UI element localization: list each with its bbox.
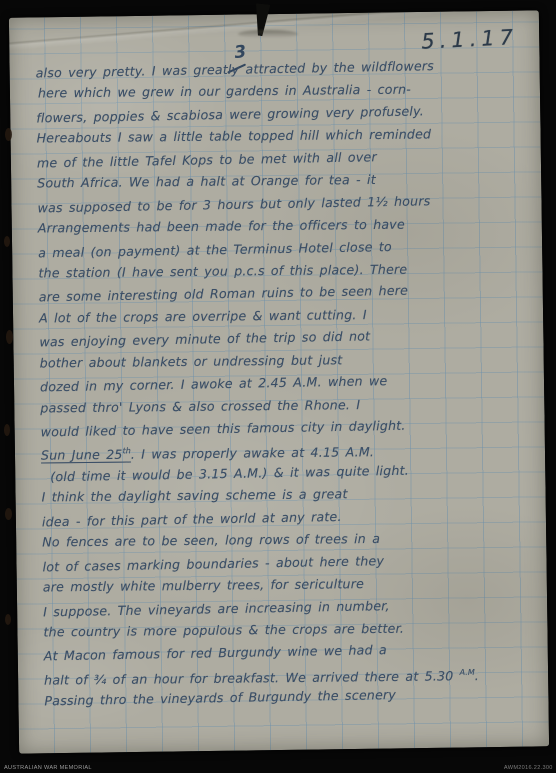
letter-page: 3 5.1.17 also very pretty. I was greatly… [9,10,549,753]
handwriting-lines: also very pretty. I was greatly attracte… [35,54,540,712]
paper-tear-shadow [238,30,298,38]
scan-edge-mark [4,236,10,247]
date-annotation: 5.1.17 [421,25,519,54]
scan-edge-mark [5,614,11,625]
scan-edge-mark [6,330,13,344]
archive-reference: AWM2016.22.300 [504,764,553,770]
scan-edge-mark [5,508,12,520]
archive-credit: AUSTRALIAN WAR MEMORIAL [4,764,92,770]
scan-edge-mark [4,424,10,436]
scan-edge-mark [5,128,12,141]
